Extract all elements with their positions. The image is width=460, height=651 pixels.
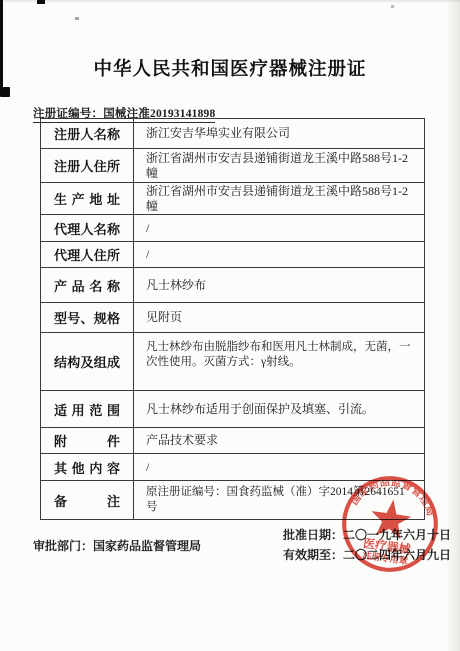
table-row-agent-name: 代理人名称 / bbox=[41, 215, 424, 242]
approval-date: 批准日期：二〇一九年六月十日 bbox=[283, 526, 451, 543]
row-value: 浙江省湖州市安吉县递铺街道龙王溪中路588号1-2幢 bbox=[134, 183, 424, 214]
row-label: 型号、规格 bbox=[54, 308, 120, 327]
table-row-remarks: 备注 原注册证编号：国食药监械（准）字2014第2641651号 bbox=[41, 481, 424, 519]
row-value: 见附页 bbox=[134, 303, 424, 332]
page-title: 中华人民共和国医疗器械注册证 bbox=[0, 55, 460, 81]
certificate-page: 中华人民共和国医疗器械注册证 注册证编号：国械注准20193141898 注册人… bbox=[0, 0, 460, 651]
row-label: 注册人名称 bbox=[54, 124, 120, 143]
row-label: 适用范围 bbox=[54, 400, 120, 419]
row-label: 产品名称 bbox=[54, 276, 120, 295]
row-label: 生产地址 bbox=[54, 189, 120, 208]
row-value: / bbox=[134, 215, 424, 241]
scan-artifact-blob bbox=[0, 87, 10, 97]
row-value: 浙江安吉华埠实业有限公司 bbox=[134, 119, 424, 148]
table-row-production-address: 生产地址 浙江省湖州市安吉县递铺街道龙王溪中路588号1-2幢 bbox=[41, 183, 424, 215]
valid-until-date: 有效期至：二〇二四年六月九日 bbox=[283, 546, 451, 563]
row-value: 凡士林纱布 bbox=[134, 268, 424, 302]
row-label: 代理人名称 bbox=[54, 219, 120, 238]
row-label: 注册人住所 bbox=[54, 156, 120, 175]
row-label: 备注 bbox=[54, 491, 120, 510]
row-value: 凡士林纱布由脱脂纱布和医用凡士林制成，无菌，一次性使用。灭菌方式：γ射线。 bbox=[134, 333, 424, 390]
scan-artifact-dot bbox=[75, 17, 79, 20]
row-label: 附件 bbox=[54, 431, 120, 450]
row-label: 其他内容 bbox=[54, 458, 120, 477]
row-value: 产品技术要求 bbox=[134, 428, 424, 453]
scan-artifact-dot bbox=[391, 5, 394, 8]
table-row-structure-composition: 结构及组成 凡士林纱布由脱脂纱布和医用凡士林制成，无菌，一次性使用。灭菌方式：γ… bbox=[41, 333, 424, 391]
row-value: / bbox=[134, 454, 424, 480]
row-label: 代理人住所 bbox=[54, 245, 120, 264]
table-row-product-name: 产品名称 凡士林纱布 bbox=[41, 268, 424, 303]
table-row-scope-of-use: 适用范围 凡士林纱布适用于创面保护及填塞、引流。 bbox=[41, 391, 424, 428]
table-row-attachment: 附件 产品技术要求 bbox=[41, 428, 424, 454]
row-label: 结构及组成 bbox=[54, 352, 120, 371]
row-value: 凡士林纱布适用于创面保护及填塞、引流。 bbox=[134, 391, 424, 427]
table-row-registrant-name: 注册人名称 浙江安吉华埠实业有限公司 bbox=[41, 119, 424, 149]
row-value: / bbox=[134, 242, 424, 267]
table-row-registrant-address: 注册人住所 浙江省湖州市安吉县递铺街道龙王溪中路588号1-2幢 bbox=[41, 149, 424, 183]
scan-artifact-top bbox=[37, 0, 45, 4]
scan-edge-shadow-top bbox=[0, 0, 460, 3]
table-row-model-spec: 型号、规格 见附页 bbox=[41, 303, 424, 333]
row-value: 浙江省湖州市安吉县递铺街道龙王溪中路588号1-2幢 bbox=[134, 149, 424, 182]
approval-department: 审批部门：国家药品监督管理局 bbox=[33, 537, 201, 554]
table-row-other-content: 其他内容 / bbox=[41, 454, 424, 481]
row-value: 原注册证编号：国食药监械（准）字2014第2641651号 bbox=[134, 481, 424, 519]
table-row-agent-address: 代理人住所 / bbox=[41, 242, 424, 268]
certificate-table: 注册人名称 浙江安吉华埠实业有限公司 注册人住所 浙江省湖州市安吉县递铺街道龙王… bbox=[40, 118, 425, 520]
